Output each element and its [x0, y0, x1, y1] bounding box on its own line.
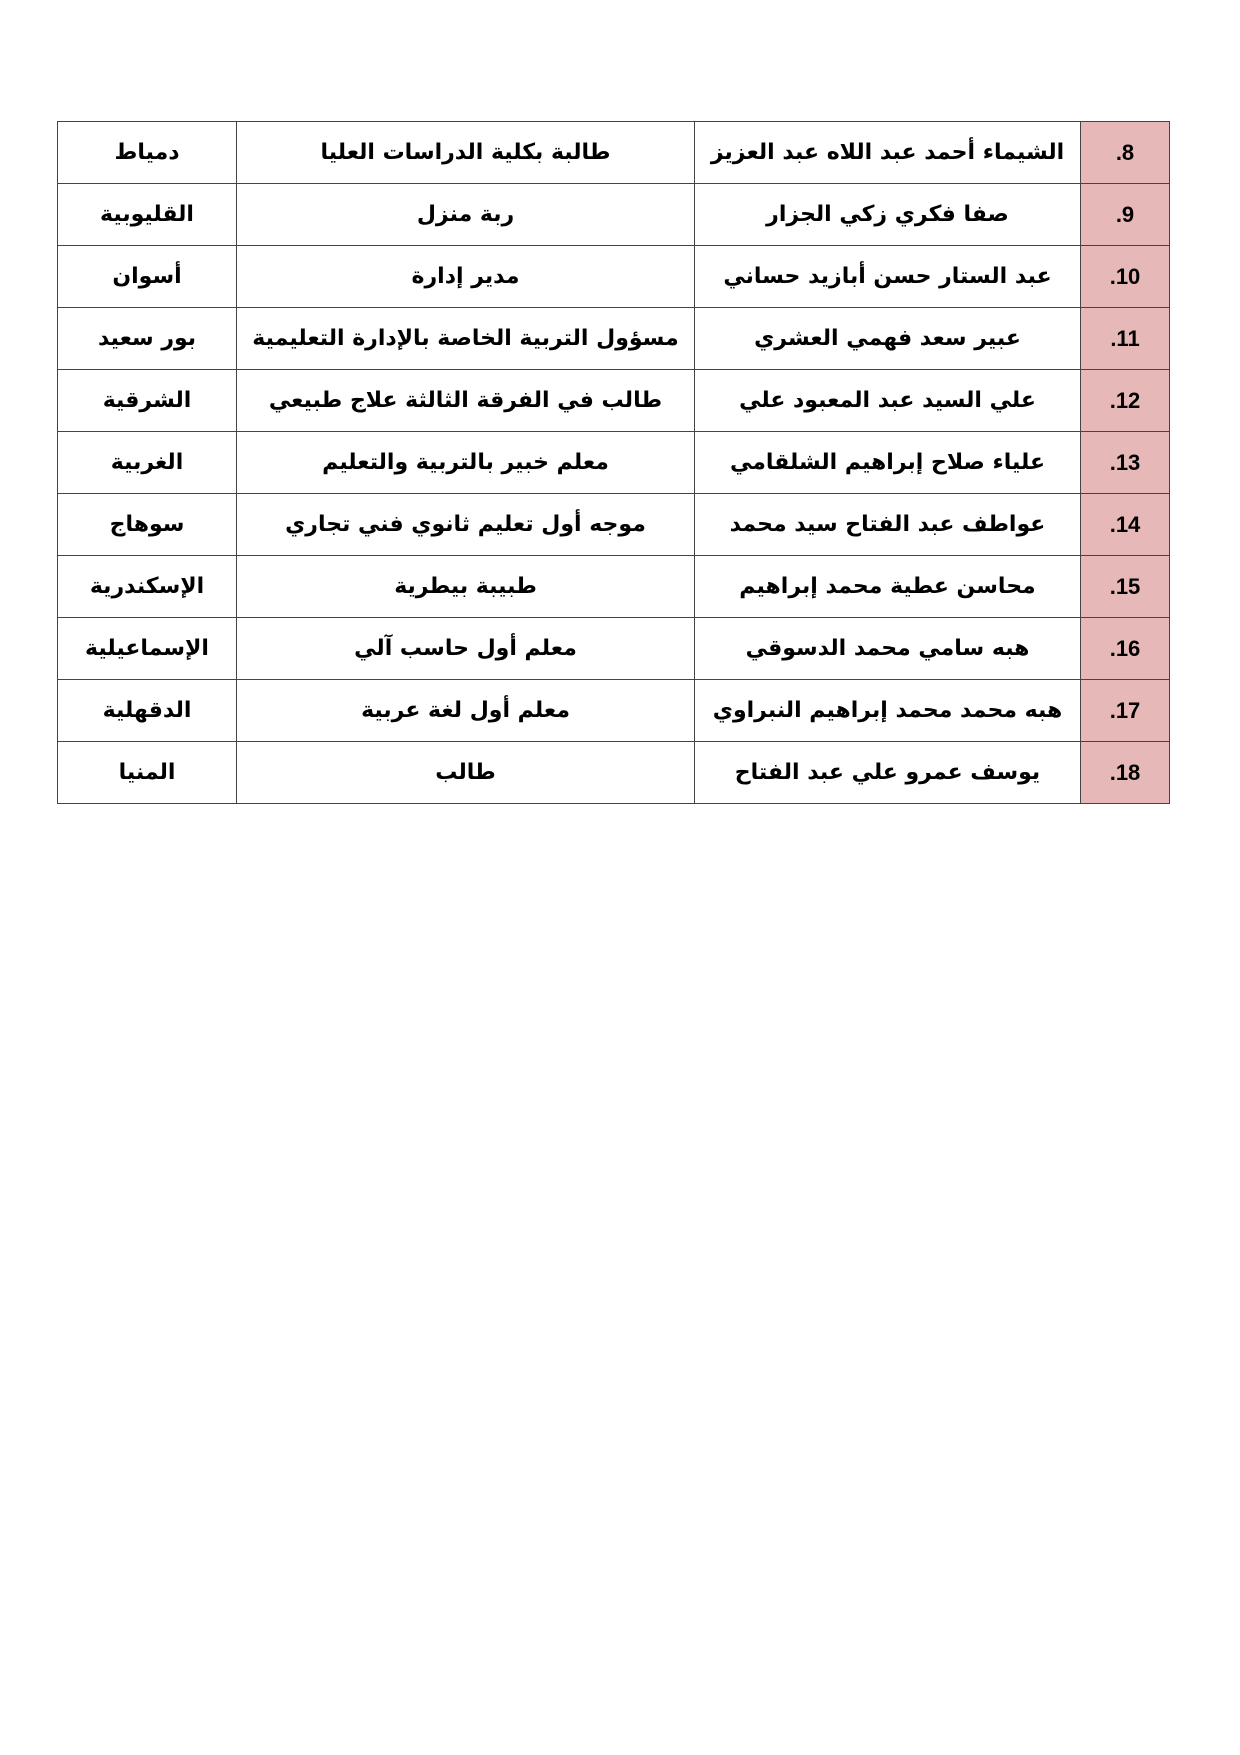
occupation-cell: طالبة بكلية الدراسات العليا [237, 122, 695, 184]
table-row: الشرقيةطالب في الفرقة الثالثة علاج طبيعي… [58, 370, 1170, 432]
row-number-text: .17 [1110, 698, 1141, 724]
name-text: عبير سعد فهمي العشري [754, 326, 1021, 351]
row-number-cell: .13 [1081, 432, 1170, 494]
governorate-text: أسوان [112, 264, 181, 289]
row-number-cell: .9 [1081, 184, 1170, 246]
row-number-text: .10 [1110, 264, 1141, 290]
governorate-text: بور سعيد [98, 326, 196, 351]
row-number-text: .8 [1116, 140, 1134, 166]
governorate-text: المنيا [119, 760, 176, 785]
occupation-text: طبيبة بيطرية [394, 574, 537, 599]
name-text: علياء صلاح إبراهيم الشلقامي [730, 450, 1045, 475]
name-cell: هبه سامي محمد الدسوقي [695, 618, 1081, 680]
occupation-text: طالب في الفرقة الثالثة علاج طبيعي [269, 388, 662, 413]
table-row: دمياططالبة بكلية الدراسات العلياالشيماء … [58, 122, 1170, 184]
occupation-cell: طبيبة بيطرية [237, 556, 695, 618]
name-text: عبد الستار حسن أبازيد حساني [723, 264, 1051, 289]
row-number-cell: .11 [1081, 308, 1170, 370]
name-text: محاسن عطية محمد إبراهيم [739, 574, 1035, 599]
name-cell: هبه محمد محمد إبراهيم النبراوي [695, 680, 1081, 742]
governorate-cell: بور سعيد [58, 308, 237, 370]
governorate-cell: أسوان [58, 246, 237, 308]
table-row: بور سعيدمسؤول التربية الخاصة بالإدارة ال… [58, 308, 1170, 370]
table-row: الإسماعيليةمعلم أول حاسب آليهبه سامي محم… [58, 618, 1170, 680]
name-text: هبه سامي محمد الدسوقي [746, 636, 1030, 661]
name-cell: عبد الستار حسن أبازيد حساني [695, 246, 1081, 308]
name-cell: علي السيد عبد المعبود علي [695, 370, 1081, 432]
row-number-cell: .15 [1081, 556, 1170, 618]
name-cell: صفا فكري زكي الجزار [695, 184, 1081, 246]
row-number-text: .13 [1110, 450, 1141, 476]
occupation-cell: معلم أول لغة عربية [237, 680, 695, 742]
occupation-text: موجه أول تعليم ثانوي فني تجاري [285, 512, 646, 537]
occupation-cell: مدير إدارة [237, 246, 695, 308]
governorate-text: الإسماعيلية [85, 636, 209, 661]
name-cell: محاسن عطية محمد إبراهيم [695, 556, 1081, 618]
row-number-cell: .14 [1081, 494, 1170, 556]
participants-table-body: دمياططالبة بكلية الدراسات العلياالشيماء … [58, 122, 1170, 804]
name-cell: يوسف عمرو علي عبد الفتاح [695, 742, 1081, 804]
table-row: سوهاجموجه أول تعليم ثانوي فني تجاريعواطف… [58, 494, 1170, 556]
row-number-cell: .12 [1081, 370, 1170, 432]
occupation-cell: ربة منزل [237, 184, 695, 246]
row-number-text: .11 [1110, 326, 1139, 352]
governorate-cell: الإسكندرية [58, 556, 237, 618]
name-text: يوسف عمرو علي عبد الفتاح [735, 760, 1040, 785]
governorate-cell: القليوبية [58, 184, 237, 246]
name-text: علي السيد عبد المعبود علي [739, 388, 1036, 413]
row-number-cell: .18 [1081, 742, 1170, 804]
occupation-cell: معلم أول حاسب آلي [237, 618, 695, 680]
name-text: هبه محمد محمد إبراهيم النبراوي [713, 698, 1062, 723]
row-number-cell: .16 [1081, 618, 1170, 680]
table-row: الدقهليةمعلم أول لغة عربيةهبه محمد محمد … [58, 680, 1170, 742]
occupation-text: معلم أول لغة عربية [361, 698, 570, 723]
governorate-cell: الإسماعيلية [58, 618, 237, 680]
governorate-cell: دمياط [58, 122, 237, 184]
occupation-text: طالب [435, 760, 496, 785]
governorate-cell: الدقهلية [58, 680, 237, 742]
governorate-cell: المنيا [58, 742, 237, 804]
participants-table: دمياططالبة بكلية الدراسات العلياالشيماء … [57, 121, 1170, 804]
row-number-text: .15 [1110, 574, 1141, 600]
governorate-text: الدقهلية [103, 698, 192, 723]
name-cell: علياء صلاح إبراهيم الشلقامي [695, 432, 1081, 494]
governorate-text: الغربية [111, 450, 184, 475]
occupation-cell: طالب في الفرقة الثالثة علاج طبيعي [237, 370, 695, 432]
governorate-text: الإسكندرية [90, 574, 204, 599]
name-cell: عبير سعد فهمي العشري [695, 308, 1081, 370]
name-text: صفا فكري زكي الجزار [766, 202, 1009, 227]
occupation-text: مدير إدارة [412, 264, 520, 289]
occupation-text: معلم خبير بالتربية والتعليم [322, 450, 609, 475]
governorate-text: سوهاج [110, 512, 185, 537]
occupation-text: ربة منزل [417, 202, 514, 227]
row-number-text: .12 [1110, 388, 1141, 414]
governorate-text: دمياط [114, 140, 179, 165]
table-row: أسوانمدير إدارةعبد الستار حسن أبازيد حسا… [58, 246, 1170, 308]
name-text: عواطف عبد الفتاح سيد محمد [730, 512, 1046, 537]
occupation-text: مسؤول التربية الخاصة بالإدارة التعليمية [252, 326, 678, 351]
occupation-text: معلم أول حاسب آلي [354, 636, 577, 661]
row-number-text: .14 [1110, 512, 1141, 538]
governorate-text: الشرقية [103, 388, 192, 413]
row-number-cell: .10 [1081, 246, 1170, 308]
occupation-cell: معلم خبير بالتربية والتعليم [237, 432, 695, 494]
row-number-text: .16 [1110, 636, 1141, 662]
row-number-cell: .8 [1081, 122, 1170, 184]
occupation-text: طالبة بكلية الدراسات العليا [320, 140, 610, 165]
name-cell: الشيماء أحمد عبد اللاه عبد العزيز [695, 122, 1081, 184]
row-number-text: .9 [1116, 202, 1134, 228]
governorate-cell: الغربية [58, 432, 237, 494]
table-row: الإسكندريةطبيبة بيطريةمحاسن عطية محمد إب… [58, 556, 1170, 618]
governorate-cell: الشرقية [58, 370, 237, 432]
governorate-cell: سوهاج [58, 494, 237, 556]
occupation-cell: موجه أول تعليم ثانوي فني تجاري [237, 494, 695, 556]
occupation-cell: مسؤول التربية الخاصة بالإدارة التعليمية [237, 308, 695, 370]
governorate-text: القليوبية [100, 202, 194, 227]
table-row: القليوبيةربة منزلصفا فكري زكي الجزار.9 [58, 184, 1170, 246]
name-text: الشيماء أحمد عبد اللاه عبد العزيز [711, 140, 1064, 165]
row-number-cell: .17 [1081, 680, 1170, 742]
table-row: المنياطالبيوسف عمرو علي عبد الفتاح.18 [58, 742, 1170, 804]
name-cell: عواطف عبد الفتاح سيد محمد [695, 494, 1081, 556]
document-page: دمياططالبة بكلية الدراسات العلياالشيماء … [0, 0, 1240, 1755]
occupation-cell: طالب [237, 742, 695, 804]
table-row: الغربيةمعلم خبير بالتربية والتعليمعلياء … [58, 432, 1170, 494]
row-number-text: .18 [1110, 760, 1141, 786]
